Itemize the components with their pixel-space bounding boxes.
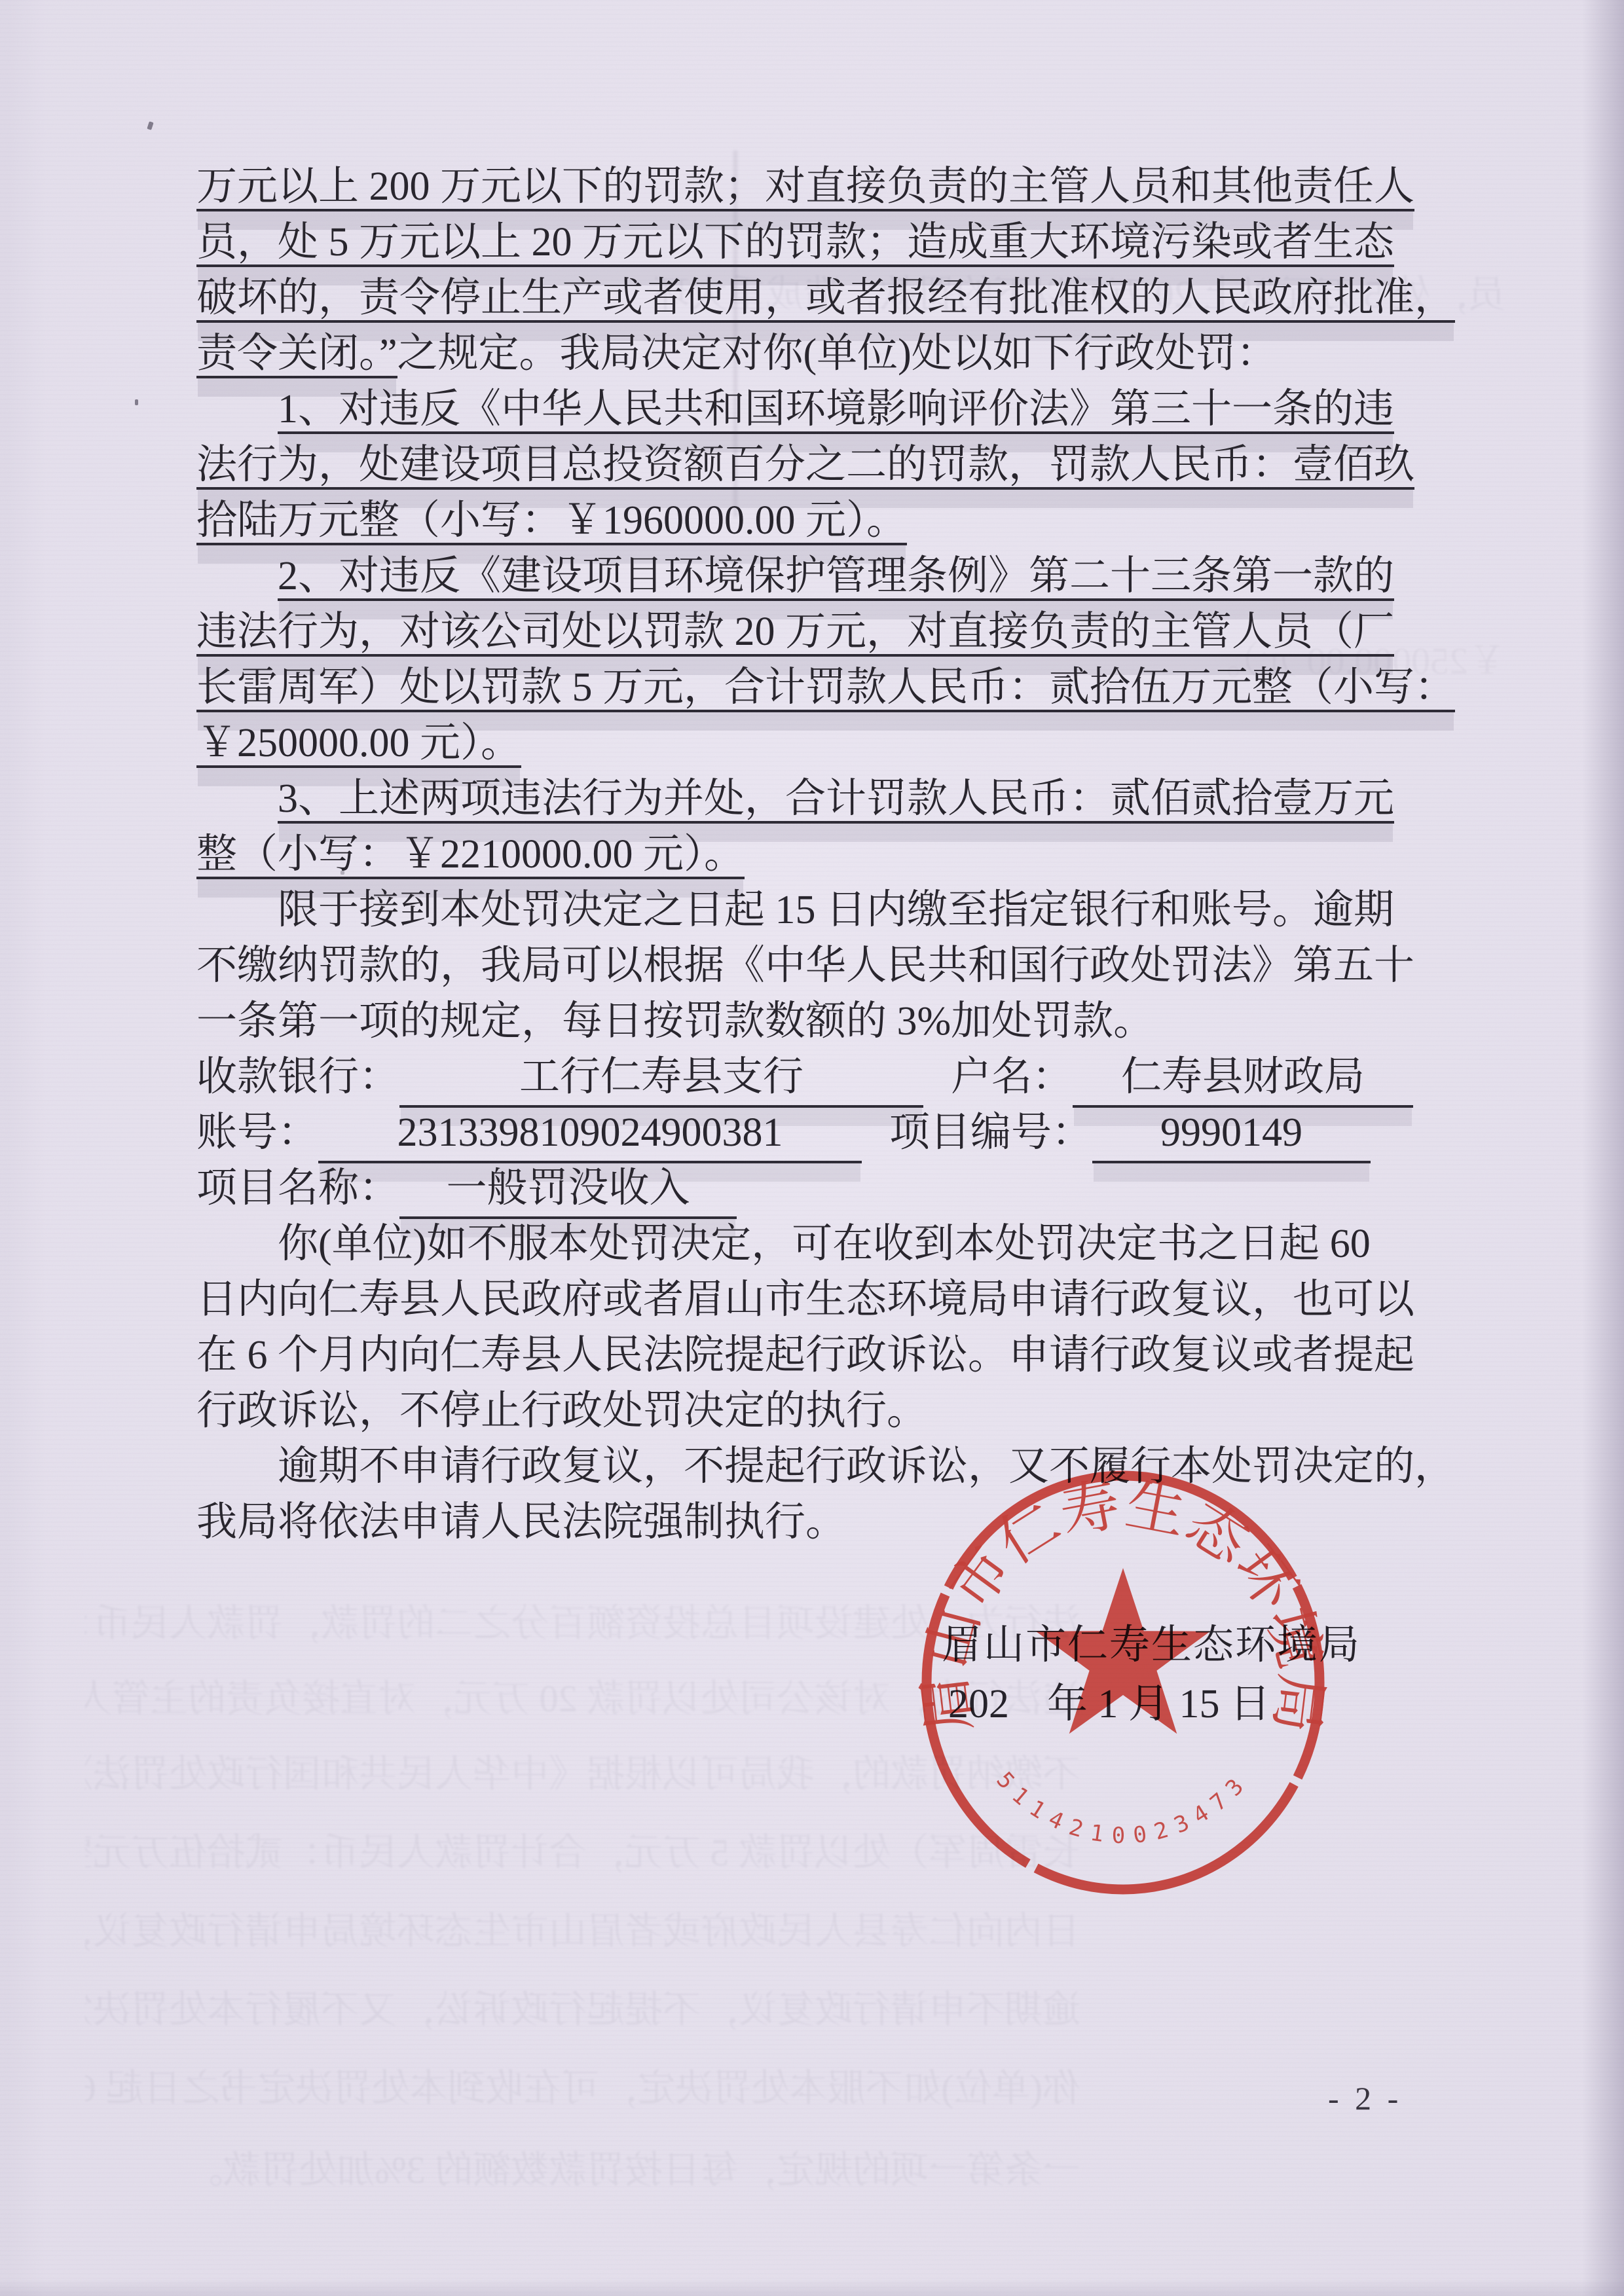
page-number: - 2 -: [1328, 2079, 1402, 2117]
underlined-text: 1、对违反《中华人民共和国环境影响评价法》第三十一条的违: [278, 387, 1394, 434]
underlined-text: 万元以上 200 万元以下的罚款；对直接负责的主管人员和其他责任人: [196, 164, 1414, 211]
body-line: 拾陆万元整（小写：￥1960000.00 元）。: [196, 493, 1435, 549]
underlined-text: 整（小写：￥2210000.00 元）。: [196, 832, 745, 879]
document-body: 万元以上 200 万元以下的罚款；对直接负责的主管人员和其他责任人 员，处 5 …: [196, 159, 1435, 1550]
body-line: 日内向仁寿县人民政府或者眉山市生态环境局申请行政复议，也可以: [196, 1272, 1435, 1328]
underlined-text: 破坏的，责令停止生产或者使用，或者报经有批准权的人民政府批准，: [196, 276, 1455, 323]
edge-shading: [0, 2279, 1624, 2296]
scan-speck: [135, 399, 138, 405]
body-line: 你(单位)如不服本处罚决定，可在收到本处罚决定书之日起 60: [196, 1216, 1435, 1272]
field-label: 户名：: [951, 1055, 1073, 1099]
field-value: 工行仁寿县支行: [399, 1049, 923, 1108]
issuing-agency: 眉山市仁寿生态环境局: [942, 1622, 1361, 1668]
bleedthrough-text: 法行为，处建设项目总投资额百分之二的罚款，罚款人民币：壹佰玖: [85, 1604, 1080, 1643]
field-label: 项目编号：: [889, 1110, 1092, 1155]
field-value: 一般罚没收入: [399, 1161, 737, 1219]
issue-date-rest: 年 1 月 15 日: [1047, 1682, 1270, 1726]
svg-text:5114210023473: 5114210023473: [991, 1767, 1255, 1849]
body-line: 万元以上 200 万元以下的罚款；对直接负责的主管人员和其他责任人: [196, 159, 1435, 215]
body-line: 行政诉讼，不停止行政处罚决定的执行。: [196, 1383, 1435, 1439]
body-text: 逾期不申请行政复议，不提起行政诉讼，又不履行本处罚决定的，: [278, 1444, 1455, 1489]
issue-date-year: 202: [948, 1682, 1009, 1726]
body-text: 一条第一项的规定，每日按罚款数额的 3%加处罚款。: [196, 999, 1154, 1044]
underlined-text: 责令关闭。”: [196, 331, 397, 378]
body-line: 1、对违反《中华人民共和国环境影响评价法》第三十一条的违: [196, 382, 1435, 437]
bleedthrough-text: 违法行为，对该公司处以罚款 20 万元，对直接负责的主管人员（厂: [85, 1679, 1080, 1719]
underlined-text: 2、对违反《建设项目环境保护管理条例》第二十三条第一款的: [278, 554, 1394, 601]
bleedthrough-text: 逾期不申请行政复议，不提起行政诉讼，又不履行本处罚决定的，: [85, 1990, 1080, 2030]
underlined-text: 员，处 5 万元以上 20 万元以下的罚款；造成重大环境污染或者生态: [196, 220, 1394, 267]
body-line: 不缴纳罚款的，我局可以根据《中华人民共和国行政处罚法》第五十: [196, 938, 1435, 994]
body-line: 在 6 个月内向仁寿县人民法院提起行政诉讼。申请行政复议或者提起: [196, 1328, 1435, 1383]
underlined-text: 法行为，处建设项目总投资额百分之二的罚款，罚款人民币：壹佰玖: [196, 443, 1414, 490]
bleedthrough-text: 一条第一项的规定，每日按罚款数额的 3%加处罚款。: [85, 2151, 1080, 2190]
body-line: 一条第一项的规定，每日按罚款数额的 3%加处罚款。: [196, 994, 1435, 1049]
underlined-text: 违法行为，对该公司处以罚款 20 万元，对直接负责的主管人员（厂: [196, 610, 1394, 657]
field-value: 9990149: [1092, 1105, 1371, 1163]
body-line: 长雷周军）处以罚款 5 万元，合计罚款人民币：贰拾伍万元整（小写：: [196, 660, 1435, 716]
body-line: 3、上述两项违法行为并处，合计罚款人民币：贰佰贰拾壹万元: [196, 771, 1435, 827]
body-line: 我局将依法申请人民法院强制执行。: [196, 1495, 1435, 1550]
scan-speck: [147, 121, 153, 130]
body-line: 逾期不申请行政复议，不提起行政诉讼，又不履行本处罚决定的，: [196, 1439, 1435, 1495]
body-text: 行政诉讼，不停止行政处罚决定的执行。: [196, 1389, 927, 1433]
bleedthrough-text: 日内向仁寿县人民政府或者眉山市生态环境局申请行政复议，也可以: [85, 1912, 1080, 1951]
underlined-text: ￥250000.00 元）。: [196, 721, 521, 768]
field-value: 仁寿县财政局: [1073, 1049, 1413, 1108]
bleedthrough-text: 长雷周军）处以罚款 5 万元，合计罚款人民币：贰拾伍万元整（小写：: [85, 1833, 1080, 1872]
document-page: 员，处 5 万元以上 20 万元以下的罚款；造成重大环境污染或者生态 ￥2500…: [0, 0, 1624, 2296]
body-line: 责令关闭。”之规定。我局决定对你(单位)处以如下行政处罚：: [196, 326, 1435, 382]
bleedthrough-text: 不缴纳罚款的，我局可以根据《中华人民共和国行政处罚法》第五十: [85, 1755, 1080, 1794]
body-line: 整（小写：￥2210000.00 元）。: [196, 827, 1435, 883]
body-text: 你(单位)如不服本处罚决定，可在收到本处罚决定书之日起 60: [278, 1222, 1371, 1266]
body-line: ￥250000.00 元）。: [196, 716, 1435, 771]
field-label: 账号：: [196, 1110, 318, 1155]
body-line: 破坏的，责令停止生产或者使用，或者报经有批准权的人民政府批准，: [196, 270, 1435, 326]
body-text: 在 6 个月内向仁寿县人民法院提起行政诉讼。申请行政复议或者提起: [196, 1333, 1414, 1377]
underlined-text: 3、上述两项违法行为并处，合计罚款人民币：贰佰贰拾壹万元: [278, 776, 1394, 824]
field-value: 2313398109024900381: [318, 1105, 862, 1163]
seal-code: 5114210023473: [991, 1767, 1255, 1849]
body-line: 法行为，处建设项目总投资额百分之二的罚款，罚款人民币：壹佰玖: [196, 437, 1435, 493]
payment-account-line: 账号：2313398109024900381项目编号：9990149: [196, 1105, 1435, 1161]
body-line: 违法行为，对该公司处以罚款 20 万元，对直接负责的主管人员（厂: [196, 604, 1435, 660]
body-text: 不缴纳罚款的，我局可以根据《中华人民共和国行政处罚法》第五十: [196, 943, 1414, 988]
body-text: 日内向仁寿县人民政府或者眉山市生态环境局申请行政复议，也可以: [196, 1277, 1414, 1322]
body-line: 2、对违反《建设项目环境保护管理条例》第二十三条第一款的: [196, 549, 1435, 604]
underlined-text: 长雷周军）处以罚款 5 万元，合计罚款人民币：贰拾伍万元整（小写：: [196, 665, 1455, 712]
issue-date: 202年 1 月 15 日: [948, 1681, 1270, 1727]
body-text: 限于接到本处罚决定之日起 15 日内缴至指定银行和账号。逾期: [278, 888, 1394, 932]
bleedthrough-text: 你(单位)如不服本处罚决定，可在收到本处罚决定书之日起 60: [85, 2069, 1080, 2108]
body-text: 我局将依法申请人民法院强制执行。: [196, 1500, 846, 1544]
body-line: 员，处 5 万元以上 20 万元以下的罚款；造成重大环境污染或者生态: [196, 215, 1435, 270]
payment-project-line: 项目名称：一般罚没收入: [196, 1161, 1435, 1216]
underlined-text: 拾陆万元整（小写：￥1960000.00 元）。: [196, 498, 907, 545]
body-line: 限于接到本处罚决定之日起 15 日内缴至指定银行和账号。逾期: [196, 883, 1435, 938]
body-text: 之规定。我局决定对你(单位)处以如下行政处罚：: [397, 331, 1277, 376]
payment-bank-line: 收款银行：工行仁寿县支行户名：仁寿县财政局: [196, 1049, 1435, 1105]
field-label: 收款银行：: [196, 1055, 399, 1099]
field-label: 项目名称：: [196, 1166, 399, 1211]
edge-shading: [1582, 0, 1624, 2296]
